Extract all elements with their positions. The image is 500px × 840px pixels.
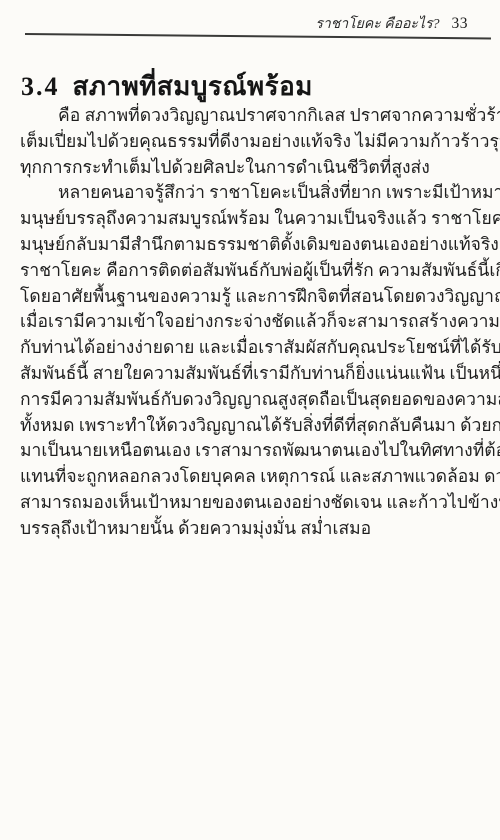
- body-line-p2-l4: ราชาโยคะ คือการติดต่อสัมพันธ์กับพ่อผู้เป…: [20, 258, 482, 284]
- body-line-p2-l11: มาเป็นนายเหนือตนเอง เราสามารถพัฒนาตนเองไ…: [20, 438, 482, 464]
- body-line-p2-l14: บรรลุถึงเป้าหมายนั้น ด้วยความมุ่งมั่น สม…: [20, 516, 482, 542]
- section-heading: 3.4สภาพที่สมบูรณ์พร้อม: [21, 66, 313, 107]
- section-number: 3.4: [21, 72, 60, 101]
- body-line-p1-l1: คือ สภาพที่ดวงวิญญาณปราศจากกิเลส ปราศจาก…: [20, 103, 482, 129]
- body-line-p2-l10: ทั้งหมด เพราะทำให้ดวงวิญญาณได้รับสิ่งที่…: [20, 413, 482, 439]
- running-header: ราชาโยคะ คืออะไร? 33: [315, 13, 468, 35]
- section-title: สภาพที่สมบูรณ์พร้อม: [73, 72, 313, 101]
- body-text: คือ สภาพที่ดวงวิญญาณปราศจากกิเลส ปราศจาก…: [20, 103, 482, 542]
- body-line-p2-l9: การมีความสัมพันธ์กับดวงวิญญาณสูงสุดถือเป…: [20, 387, 482, 413]
- body-line-p2-l6: เมื่อเรามีความเข้าใจอย่างกระจ่างชัดแล้วก…: [20, 309, 482, 335]
- body-line-p2-l5: โดยอาศัยพื้นฐานของความรู้ และการฝึกจิตที…: [20, 284, 482, 310]
- page-number: 33: [452, 15, 469, 33]
- body-line-p1-l3: ทุกการกระทำเต็มไปด้วยศิลปะในการดำเนินชีว…: [20, 155, 482, 181]
- body-line-p2-l7: กับท่านได้อย่างง่ายดาย และเมื่อเราสัมผัส…: [20, 335, 482, 361]
- body-line-p2-l12: แทนที่จะถูกหลอกลวงโดยบุคคล เหตุการณ์ และ…: [20, 464, 482, 490]
- book-page: ราชาโยคะ คืออะไร? 33 3.4สภาพที่สมบูรณ์พร…: [0, 0, 500, 840]
- body-line-p2-l13: สามารถมองเห็นเป้าหมายของตนเองอย่างชัดเจน…: [20, 490, 482, 516]
- body-line-p2-l3: มนุษย์กลับมามีสำนึกตามธรรมชาติดั้งเดิมขอ…: [20, 232, 482, 258]
- body-line-p2-l2: มนุษย์บรรลุถึงความสมบูรณ์พร้อม ในความเป็…: [20, 206, 482, 232]
- body-line-p2-l1: หลายคนอาจรู้สึกว่า ราชาโยคะเป็นสิ่งที่ยา…: [20, 180, 482, 206]
- running-title: ราชาโยคะ คืออะไร?: [315, 13, 439, 35]
- body-line-p1-l2: เต็มเปี่ยมไปด้วยคุณธรรมที่ดีงามอย่างแท้จ…: [20, 129, 482, 155]
- body-line-p2-l8: สัมพันธ์นี้ สายใยความสัมพันธ์ที่เรามีกับ…: [20, 361, 482, 387]
